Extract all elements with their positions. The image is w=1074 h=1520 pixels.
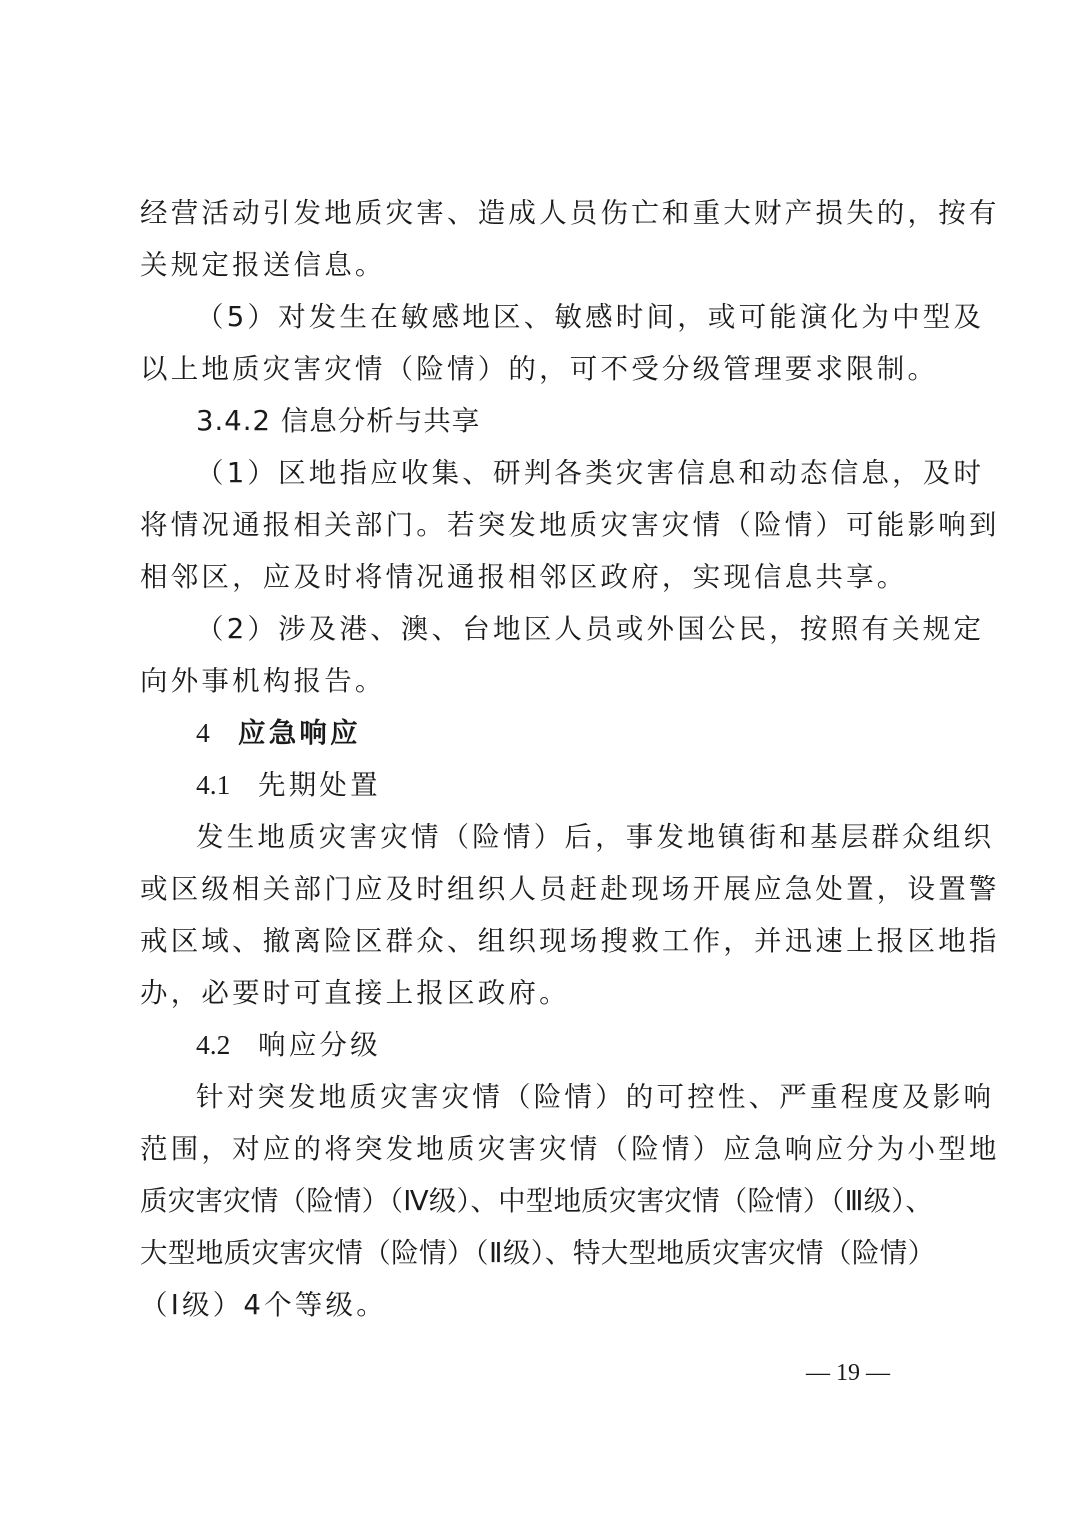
heading-number: 4.2 bbox=[196, 1025, 258, 1065]
paragraph-line: 以上地质灾害灾情（险情）的，可不受分级管理要求限制。 bbox=[140, 349, 940, 389]
paragraph-line: 或区级相关部门应及时组织人员赶赴现场开展应急处置，设置警 bbox=[140, 869, 940, 909]
paragraph-line: （5）对发生在敏感地区、敏感时间，或可能演化为中型及 bbox=[196, 297, 940, 337]
paragraph-line: 向外事机构报告。 bbox=[140, 661, 940, 701]
paragraph-line: 关规定报送信息。 bbox=[140, 245, 940, 285]
paragraph-line: 质灾害灾情（险情）（Ⅳ级）、中型地质灾害灾情（险情）（Ⅲ级）、 bbox=[140, 1181, 940, 1221]
paragraph-line: 将情况通报相关部门。若突发地质灾害灾情（险情）可能影响到 bbox=[140, 505, 940, 545]
heading-title: 应急响应 bbox=[238, 717, 361, 749]
paragraph-line: （Ⅰ级）4个等级。 bbox=[140, 1285, 940, 1325]
paragraph-line: 办，必要时可直接上报区政府。 bbox=[140, 973, 940, 1013]
section-heading-4: 4应急响应 bbox=[196, 713, 940, 753]
paragraph-line: 范围，对应的将突发地质灾害灾情（险情）应急响应分为小型地 bbox=[140, 1129, 940, 1169]
document-page: 经营活动引发地质灾害、造成人员伤亡和重大财产损失的，按有 关规定报送信息。 （5… bbox=[0, 0, 1074, 1520]
paragraph-line: 戒区域、撤离险区群众、组织现场搜救工作，并迅速上报区地指 bbox=[140, 921, 940, 961]
section-heading-4-2: 4.2响应分级 bbox=[196, 1025, 940, 1065]
section-heading-4-1: 4.1先期处置 bbox=[196, 765, 940, 805]
section-heading-3-4-2: 3.4.2 信息分析与共享 bbox=[196, 401, 940, 441]
paragraph-line: 经营活动引发地质灾害、造成人员伤亡和重大财产损失的，按有 bbox=[140, 193, 940, 233]
page-number: — 19 — bbox=[806, 1358, 890, 1388]
paragraph-line: （1）区地指应收集、研判各类灾害信息和动态信息，及时 bbox=[196, 453, 940, 493]
paragraph-line: （2）涉及港、澳、台地区人员或外国公民，按照有关规定 bbox=[196, 609, 940, 649]
heading-number: 4.1 bbox=[196, 765, 258, 805]
heading-number: 4 bbox=[196, 713, 238, 753]
paragraph-line: 大型地质灾害灾情（险情）（Ⅱ级）、特大型地质灾害灾情（险情） bbox=[140, 1233, 940, 1273]
heading-title: 先期处置 bbox=[258, 769, 381, 801]
paragraph-line: 相邻区，应及时将情况通报相邻区政府，实现信息共享。 bbox=[140, 557, 940, 597]
paragraph-line: 发生地质灾害灾情（险情）后，事发地镇街和基层群众组织 bbox=[196, 817, 940, 857]
paragraph-line: 针对突发地质灾害灾情（险情）的可控性、严重程度及影响 bbox=[196, 1077, 940, 1117]
heading-title: 响应分级 bbox=[258, 1029, 381, 1061]
